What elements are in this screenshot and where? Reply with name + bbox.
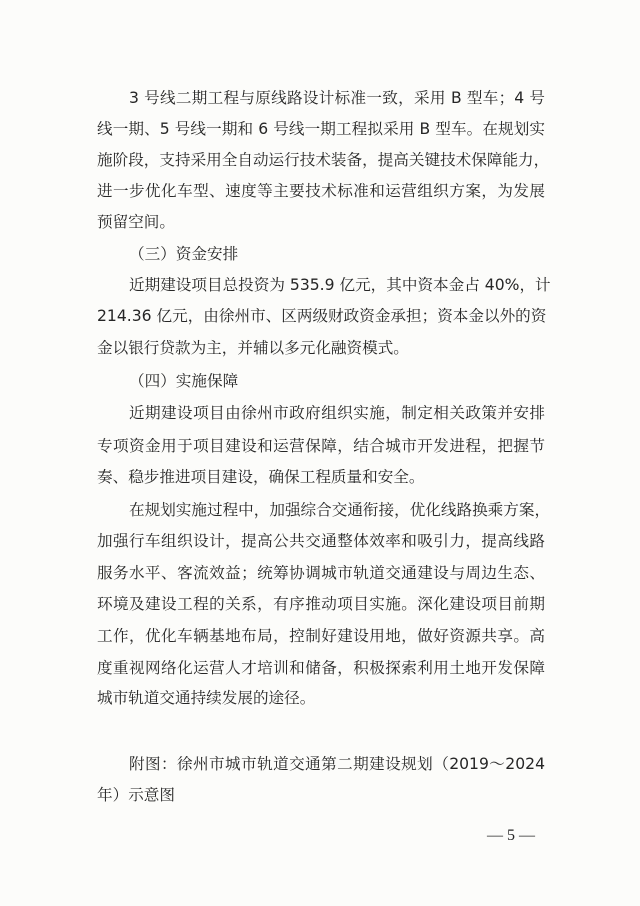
attachment-caption-line: 年）示意图	[97, 780, 545, 811]
paragraph-line: 近期建设项目由徐州市政府组织实施，制定相关政策并安排	[129, 398, 545, 429]
paragraph-line: 预留空间。	[97, 207, 545, 238]
paragraph-line: 线一期、5 号线一期和 6 号线一期工程拟采用 B 型车。在规划实	[97, 114, 545, 145]
paragraph-line: 214.36 亿元，由徐州市、区两级财政资金承担；资本金以外的资	[97, 301, 545, 332]
paragraph-line: 工作，优化车辆基地布局，控制好建设用地，做好资源共享。高	[97, 621, 545, 652]
paragraph-line: 服务水平、客流效益；统筹协调城市轨道交通建设与周边生态、	[97, 558, 545, 589]
paragraph-line: 3 号线二期工程与原线路设计标准一致，采用 B 型车；4 号	[129, 83, 545, 114]
paragraph-line: 施阶段，支持采用全自动运行技术装备，提高关键技术保障能力，	[97, 145, 545, 176]
paragraph-line: 环境及建设工程的关系，有序推动项目实施。深化建设项目前期	[97, 589, 545, 620]
paragraph-line: 城市轨道交通持续发展的途径。	[97, 683, 545, 714]
paragraph-line: 奏、稳步推进项目建设，确保工程质量和安全。	[97, 462, 545, 493]
paragraph-line: 金以银行贷款为主，并辅以多元化融资模式。	[97, 333, 545, 364]
paragraph-line: 度重视网络化运营人才培训和储备，积极探索利用土地开发保障	[97, 653, 545, 684]
paragraph-line: 近期建设项目总投资为 535.9 亿元，其中资本金占 40%，计	[129, 270, 545, 301]
paragraph-line: 专项资金用于项目建设和运营保障，结合城市开发进程，把握节	[97, 431, 545, 462]
paragraph-line: 加强行车组织设计，提高公共交通整体效率和吸引力，提高线路	[97, 526, 545, 557]
paragraph-line: 进一步优化车型、速度等主要技术标准和运营组织方案，为发展	[97, 176, 545, 207]
section-heading-implementation: （四）实施保障	[129, 366, 545, 397]
attachment-caption-line: 附图：徐州市城市轨道交通第二期建设规划（2019～2024	[129, 749, 545, 780]
document-page: 3 号线二期工程与原线路设计标准一致，采用 B 型车；4 号 线一期、5 号线一…	[0, 0, 640, 906]
section-heading-funding: （三）资金安排	[129, 239, 545, 270]
page-number: — 5 —	[483, 822, 539, 850]
paragraph-line: 在规划实施过程中，加强综合交通衔接，优化线路换乘方案，	[129, 495, 545, 526]
